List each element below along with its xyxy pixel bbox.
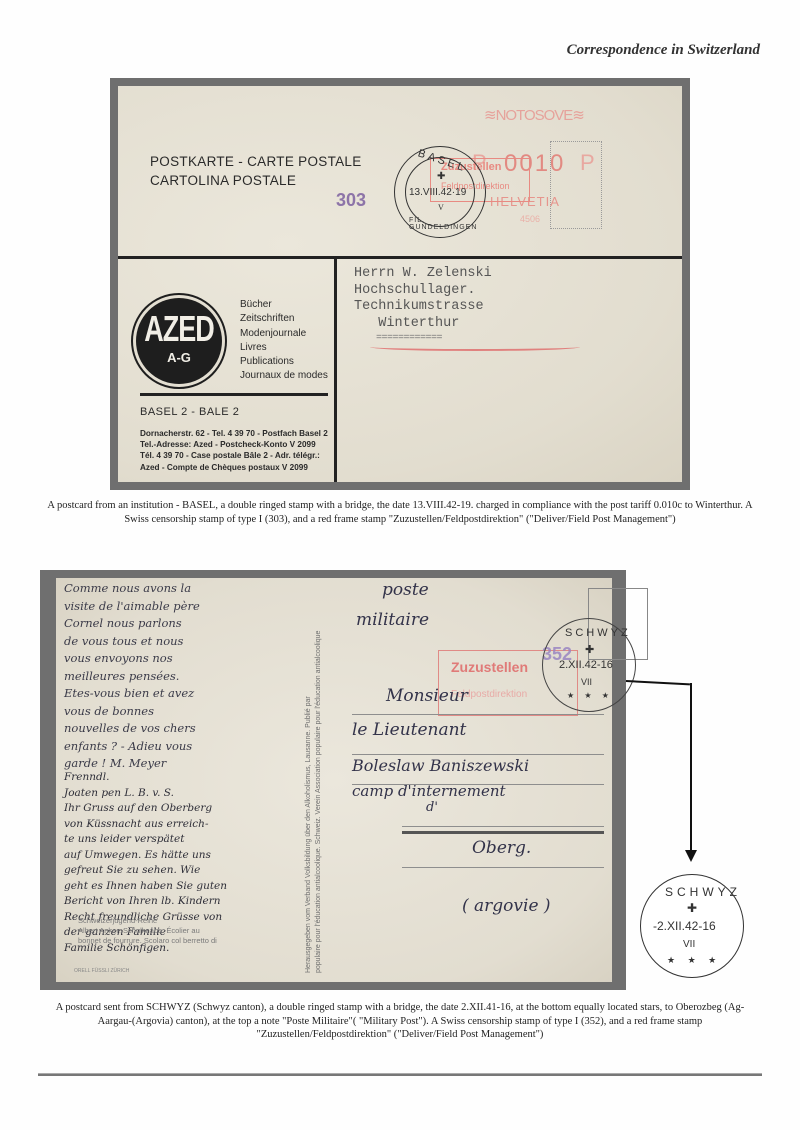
postcard-1-frame: POSTKARTE - CARTE POSTALE CARTOLINA POST… [110,78,690,490]
product-item: Zeitschriften [240,312,328,326]
product-item: Journaux de modes [240,369,328,383]
message-line: auf Umwegen. Es hätte uns [64,848,294,864]
vertical-publisher-text: Herausgegeben vom Verband Volksbildung ü… [304,631,324,973]
postcard-1-title: POSTKARTE - CARTE POSTALE CARTOLINA POST… [150,152,362,190]
print-line: Herausgegeben vom Verband Volksbildung ü… [304,631,314,973]
message-line: visite de l'aimable père [64,598,294,616]
postmark-date: -2.XII.42-16 [653,919,716,933]
postmark-subline: V [438,203,444,212]
message-line: Joaten pen L. B. v. S. [64,786,294,802]
schwyz-postmark: SCHWYZ ✚ 2.XII.42-16 VII ★ ★ ★ [542,618,636,712]
print-line: Albert Anker: Schulknabe. Écolier au [78,926,217,936]
printer-mark: ORELL FÜSSLI ZÜRICH [74,968,129,974]
message-line: nouvelles de vos chers [64,720,294,738]
product-item: Bücher [240,298,328,312]
pointer-arrow-horizontal [626,680,690,685]
recipient-line: Herrn W. Zelenski [354,266,492,283]
postmark-date: 2.XII.42-16 [559,659,613,671]
address-salutation: Monsieur [386,686,468,706]
red-frame-line1: Zuzustellen [451,659,528,675]
postmark-stars: ★ ★ ★ [667,955,721,966]
message-line: Ihr Gruss auf den Oberberg [64,801,294,817]
header-note-poste: poste [382,580,429,600]
message-line: Etes-vous bien et avez [64,685,294,703]
message-line: Frenndl. [64,770,294,786]
header-note-militaire: militaire [356,610,429,630]
printed-picture-caption: Schweizerjugend-Reihe Albert Anker: Schu… [78,916,217,946]
postcard-2-frame: Comme nous avons la visite de l'aimable … [40,570,626,990]
meter-number: 4506 [520,214,540,224]
recipient-line: Winterthur [354,316,492,333]
logo-text: AZED [136,311,222,346]
recipient-address: Herrn W. ZelenskiHochschullager.Techniku… [354,266,492,332]
address-canton: ( argovie ) [462,896,551,916]
company-address: Dornacherstr. 62 - Tel. 4 39 70 - Postfa… [140,428,328,473]
card-divider-horizontal [118,256,682,259]
address-rule [352,754,604,755]
handwritten-message-french: Comme nous avons la visite de l'aimable … [64,580,294,773]
address-line: Tél. 4 39 70 - Case postale Bâle 2 - Adr… [140,450,328,461]
address-divider [140,393,328,396]
address-place: Oberg. [472,838,531,858]
address-camp: camp d'internement [352,782,506,800]
address-rule [402,867,604,868]
address-line: Azed - Compte de Chèques postaux V 2099 [140,462,328,473]
postmark-subline: VII [683,939,695,950]
arrow-down-icon [685,850,697,862]
message-line: gefreut Sie zu sehen. Wie [64,863,294,879]
logo-subtext: A-G [136,350,222,366]
message-line: de vous tous et nous [64,633,294,651]
swiss-cross-icon: ✚ [437,171,445,182]
product-item: Publications [240,355,328,369]
message-line: vous envoyons nos [64,650,294,668]
title-line: CARTOLINA POSTALE [150,171,362,190]
message-line: enfants ? - Adieu vous [64,738,294,756]
azed-logo: AZED A-G [136,298,222,384]
enlarged-schwyz-postmark: SCHWYZ ✚ -2.XII.42-16 VII ★ ★ ★ [640,874,744,978]
postmark-subline: VII [581,677,592,687]
caption-postcard-1: A postcard from an institution - BASEL, … [40,499,760,526]
address-rule [402,826,604,827]
print-line: bonnet de fourrure. Scolaro col berretto… [78,936,217,946]
red-pencil-stroke [370,343,580,351]
company-location: BASEL 2 - BALE 2 [140,406,239,418]
message-line: Cornel nous parlons [64,615,294,633]
postmark-city: SCHWYZ [565,627,631,639]
postcard-2: Comme nous avons la visite de l'aimable … [56,578,612,982]
address-line: Tel.-Adresse: Azed - Postcheck-Konto V 2… [140,439,328,450]
page-header-title: Correspondence in Switzerland [567,42,760,59]
address-rank: le Lieutenant [352,720,466,740]
recipient-line: Hochschullager. [354,283,492,300]
postmark-city: SCHWYZ [665,885,741,899]
swiss-cross-icon: ✚ [585,643,594,656]
product-item: Modenjournale [240,327,328,341]
address-rule-thick [402,831,604,834]
caption-postcard-2: A postcard sent from SCHWYZ (Schwyz cant… [40,1001,760,1042]
address-rule [352,714,604,715]
message-line: geht es Ihnen haben Sie guten [64,879,294,895]
title-line: POSTKARTE - CARTE POSTALE [150,152,362,171]
print-line: populaire pour l'éducation antialcooliqu… [314,631,324,973]
message-line: von Küssnacht aus erreich- [64,817,294,833]
swiss-cross-icon: ✚ [687,901,697,915]
card-divider-vertical [334,256,337,482]
print-line: Schweizerjugend-Reihe [78,916,217,926]
meter-p-right: P [580,150,595,176]
footer-divider [38,1073,762,1076]
postcard-1: POSTKARTE - CARTE POSTALE CARTOLINA POST… [118,86,682,482]
meter-ornament: ≋NOTOSOVE≋ [484,106,584,124]
censor-number-stamp: 303 [336,190,366,211]
message-line: vous de bonnes [64,703,294,721]
address-line: Dornacherstr. 62 - Tel. 4 39 70 - Postfa… [140,428,328,439]
address-name: Boleslaw Baniszewski [352,756,529,775]
message-line: Bericht von Ihren lb. Kindern [64,894,294,910]
product-list: Bücher Zeitschriften Modenjournale Livre… [240,298,328,384]
pointer-arrow-vertical [690,683,692,851]
message-line: Comme nous avons la [64,580,294,598]
recipient-line: Technikumstrasse [354,299,492,316]
message-line: te uns leider verspätet [64,832,294,848]
address-camp-de: d' [426,800,438,815]
postmark-bottom-text: FIL. GUNDELDINGEN [409,217,485,231]
message-line: meilleures pensées. [64,668,294,686]
product-item: Livres [240,341,328,355]
basel-postmark: BASEL ✚ 13.VIII.42·19 V FIL. GUNDELDINGE… [394,146,486,238]
postmark-stars: ★ ★ ★ [567,691,613,700]
postmark-date: 13.VIII.42·19 [409,187,466,198]
